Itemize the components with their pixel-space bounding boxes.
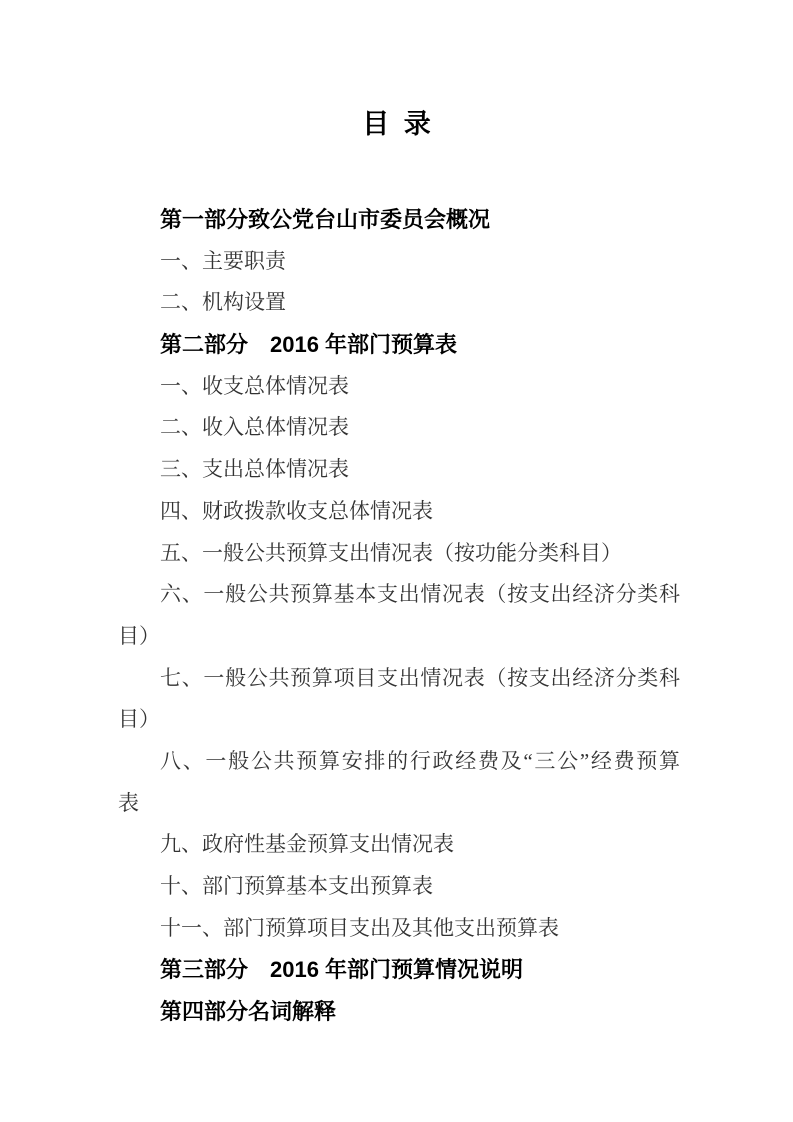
toc-item: 九、政府性基金预算支出情况表 <box>118 824 680 866</box>
page-title: 目 录 <box>0 106 793 142</box>
toc-section-heading: 第一部分致公党台山市委员会概况 <box>118 199 680 241</box>
toc-item: 目） <box>118 616 680 658</box>
table-of-contents: 第一部分致公党台山市委员会概况一、主要职责二、机构设置第二部分 2016 年部门… <box>118 199 680 1033</box>
toc-item: 七、一般公共预算项目支出情况表（按支出经济分类科 <box>118 658 680 700</box>
toc-section-heading: 第四部分名词解释 <box>118 991 680 1033</box>
toc-item: 四、财政拨款收支总体情况表 <box>118 491 680 533</box>
toc-item: 一、收支总体情况表 <box>118 366 680 408</box>
toc-item: 十、部门预算基本支出预算表 <box>118 866 680 908</box>
toc-item: 十一、部门预算项目支出及其他支出预算表 <box>118 908 680 950</box>
toc-item: 二、机构设置 <box>118 282 680 324</box>
toc-item: 表 <box>118 783 680 825</box>
toc-item: 六、一般公共预算基本支出情况表（按支出经济分类科 <box>118 574 680 616</box>
toc-item: 五、一般公共预算支出情况表（按功能分类科目） <box>118 533 680 575</box>
toc-item: 二、收入总体情况表 <box>118 407 680 449</box>
toc-section-heading: 第三部分 2016 年部门预算情况说明 <box>118 949 680 991</box>
toc-item: 八、一般公共预算安排的行政经费及“三公”经费预算 <box>118 741 680 783</box>
toc-item: 目） <box>118 699 680 741</box>
toc-item: 一、主要职责 <box>118 241 680 283</box>
toc-item: 三、支出总体情况表 <box>118 449 680 491</box>
toc-section-heading: 第二部分 2016 年部门预算表 <box>118 324 680 366</box>
document-page: 目 录 第一部分致公党台山市委员会概况一、主要职责二、机构设置第二部分 2016… <box>0 0 793 1122</box>
